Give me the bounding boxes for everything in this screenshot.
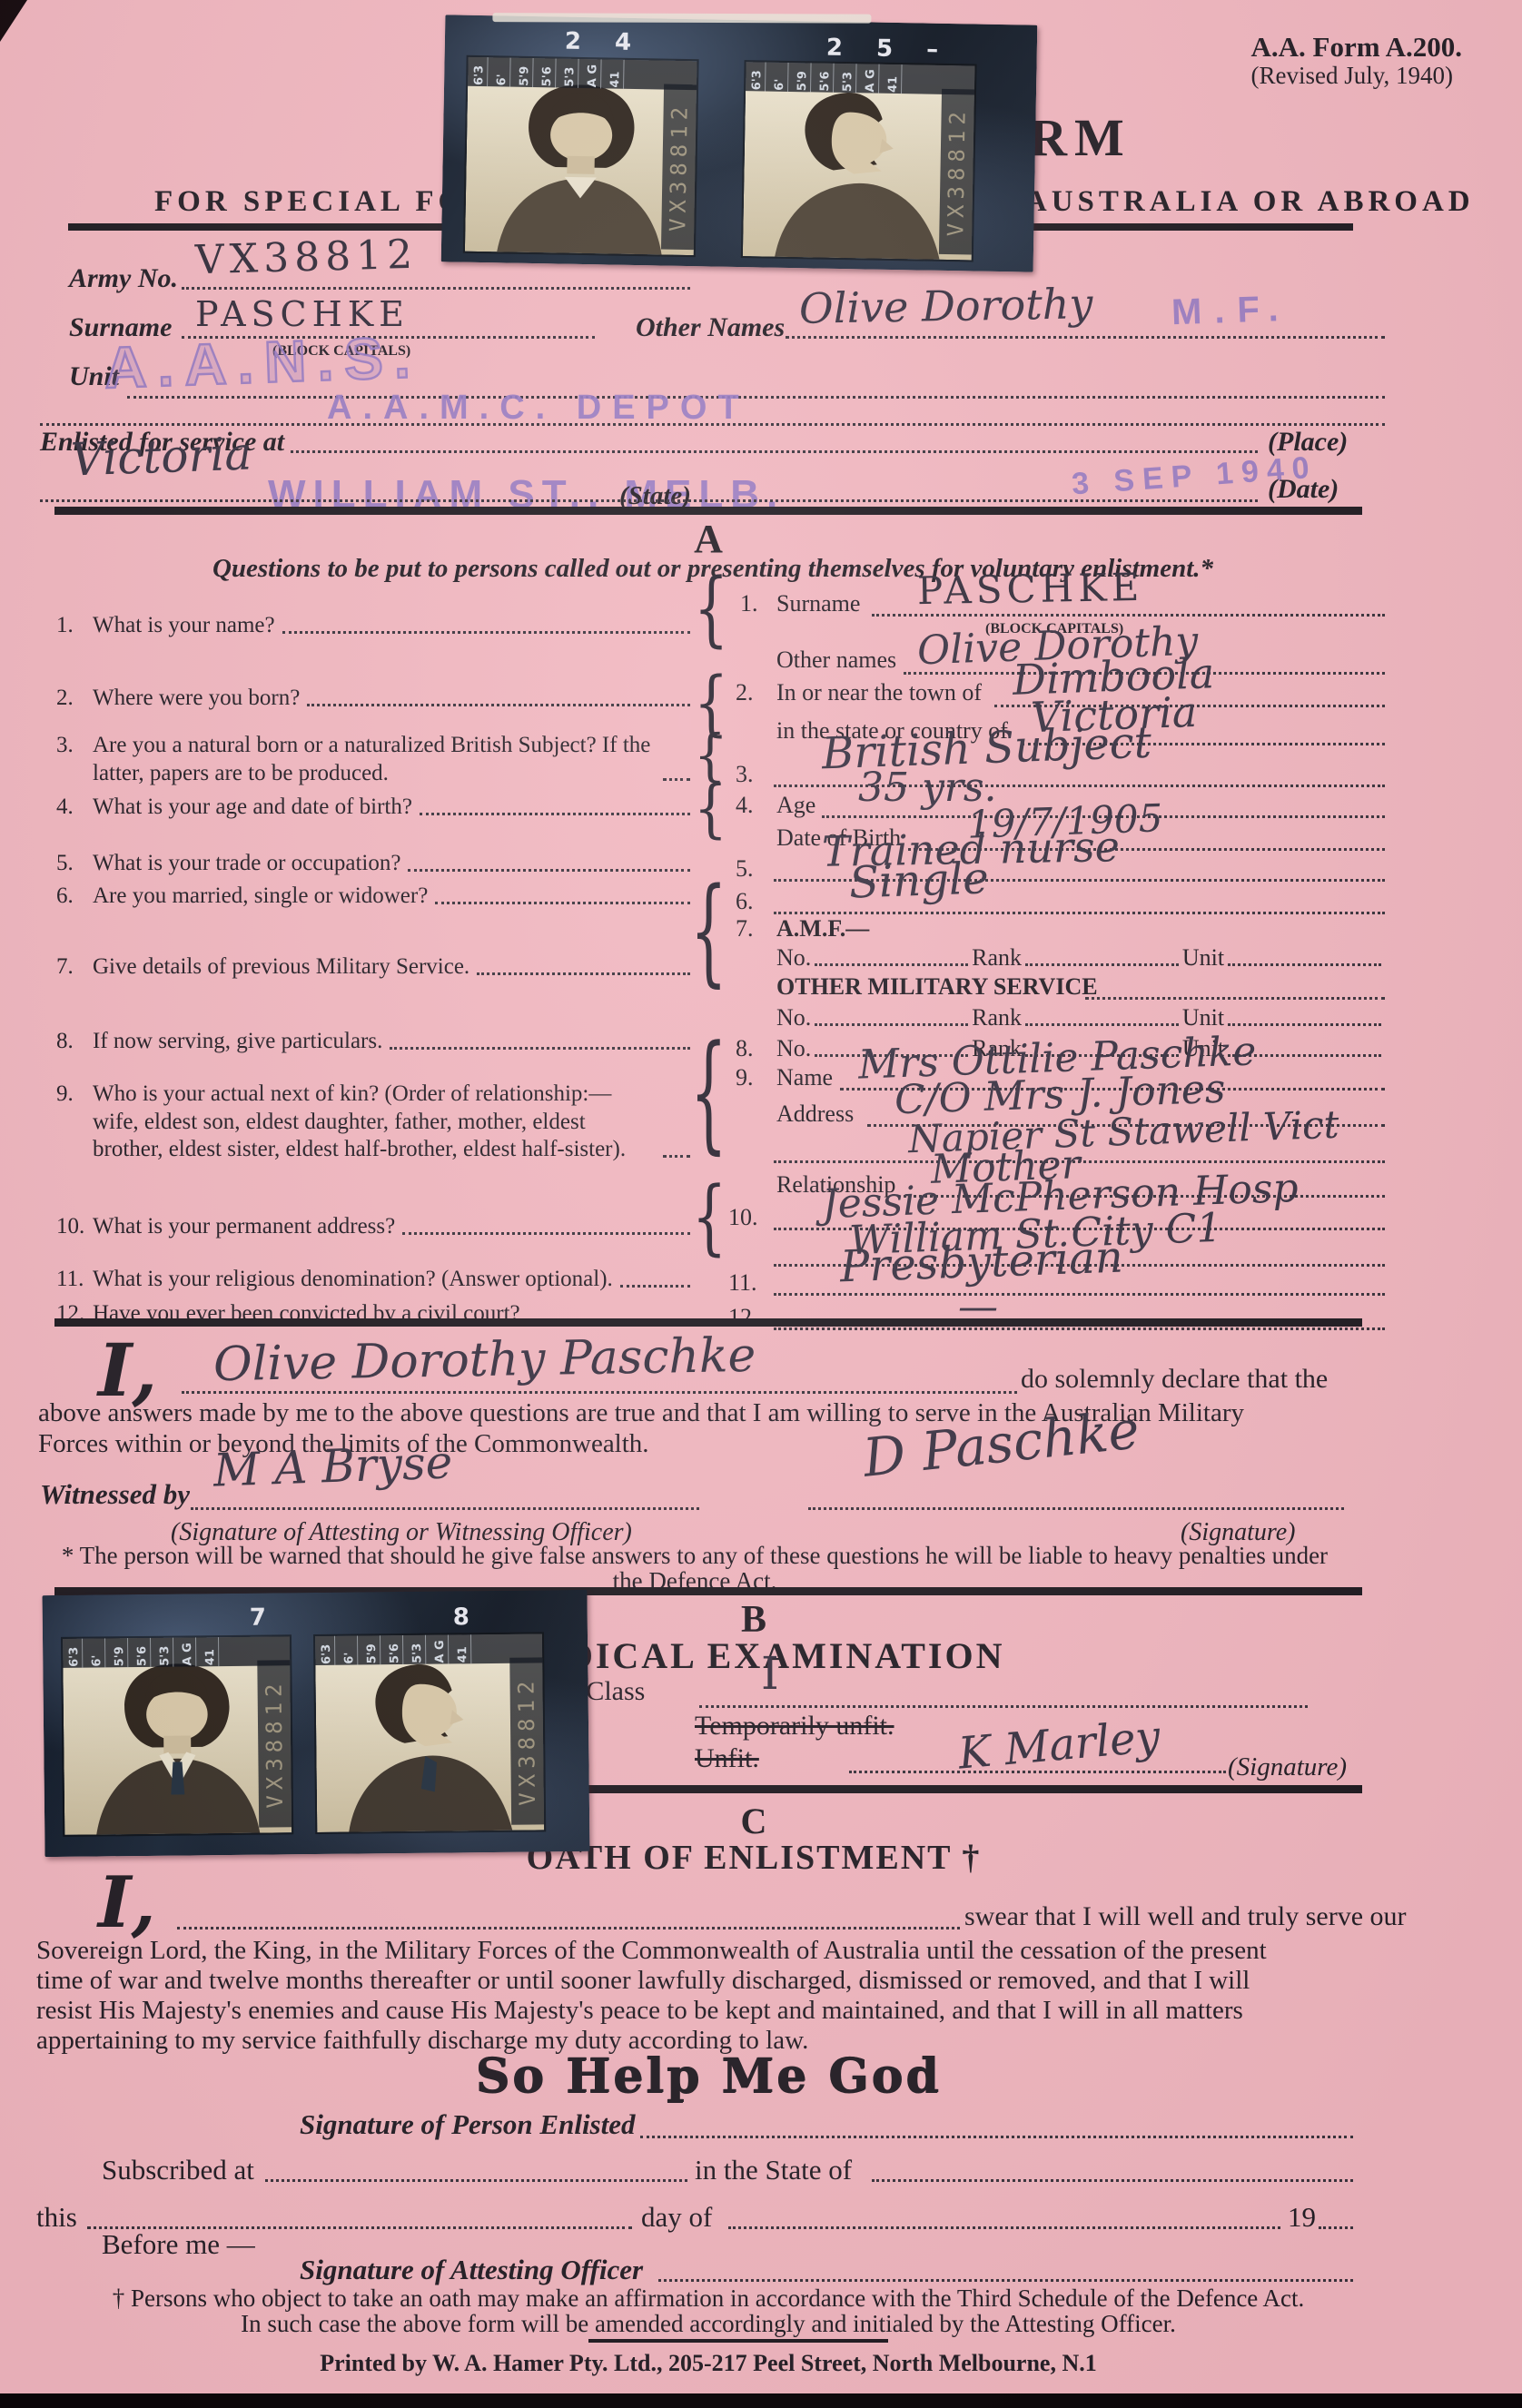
form-revision: (Revised July, 1940) [1044, 62, 1453, 90]
torn-paper-edge [493, 13, 872, 23]
question-9: 9. Who is your actual next of kin? (Orde… [56, 1081, 692, 1164]
attestation-form-scan: A.A. Form A.200. (Revised July, 1940) AT… [0, 0, 1522, 2408]
portrait-front-frame: 6'36'5'95'65'3A G41 VX38812 [465, 57, 697, 255]
scanner-edge-strip [0, 2393, 1522, 2408]
brace-q9: { [690, 1021, 727, 1169]
service-number-band: VX38812 [257, 1660, 292, 1827]
question-1: 1. What is your name? [56, 612, 692, 640]
witness-signature: M A Bryse [212, 1436, 453, 1496]
frame-number: 2 4 [565, 28, 645, 57]
other-military-service-label: OTHER MILITARY SERVICE [776, 973, 1098, 1001]
dotted-line [182, 287, 690, 290]
question-7: 7. Give details of previous Military Ser… [56, 953, 692, 982]
oath-line1: Sovereign Lord, the King, in the Militar… [36, 1936, 1267, 1966]
dagger-footnote-2: In such case the above form will be amen… [36, 2310, 1380, 2338]
oath-line2: time of war and twelve months thereafter… [36, 1966, 1250, 1996]
nok-name-label: Name [776, 1064, 833, 1091]
army-no-label: Army No. [69, 263, 178, 294]
answer-3-no: 3. [736, 761, 754, 788]
question-6: 6. Are you married, single or widower? [56, 883, 692, 911]
dotted-line [774, 912, 1385, 914]
frame-number: 7 [250, 1604, 279, 1631]
dotted-line [1319, 2226, 1353, 2229]
brace-q1: { [694, 562, 728, 657]
depot-stamp: A.A.M.C. DEPOT [327, 389, 750, 428]
answer-9-no: 9. [736, 1064, 754, 1091]
answer-11-no: 11. [728, 1269, 757, 1297]
dotted-line [872, 614, 1385, 617]
date-label: (Date) [1268, 474, 1339, 505]
answer-2-no: 2. [736, 679, 754, 706]
day-of-label: day of [641, 2201, 712, 2234]
photo-strip-top: 2 4 2 5 – 6'36'5'95'65'3A G41 [441, 15, 1038, 271]
answer-surname-label: Surname [776, 590, 860, 617]
photo-strip-bottom: 7 8 6'36'5'95'65'3A G41 [43, 1590, 590, 1857]
dotted-line [658, 2279, 1353, 2282]
question-8: 8. If now serving, give particulars. [56, 1028, 692, 1056]
service-number-band: VX38812 [509, 1657, 544, 1824]
dotted-line [177, 1927, 960, 1929]
printer-divider [588, 2339, 888, 2343]
dotted-line [182, 1391, 1017, 1394]
dotted-line [191, 1507, 699, 1510]
dotted-line [786, 336, 1385, 339]
witnessed-by-label: Witnessed by [40, 1478, 190, 1511]
height-scale: 6'36'5'95'65'3A G41 [63, 1636, 290, 1668]
question-3: 3. Are you a natural born or a naturaliz… [56, 732, 692, 787]
answer-6-no: 6. [736, 888, 754, 915]
oath-line3: resist His Majesty's enemies and cause H… [36, 1996, 1243, 2026]
other-names-value: Olive Dorothy [799, 279, 1093, 333]
answer-amf-label: A.M.F.— [776, 915, 869, 942]
dotted-line [774, 1293, 1385, 1296]
answer-other-names-label: Other names [776, 646, 896, 674]
dotted-line [291, 450, 1258, 453]
portrait-front-frame: 6'36'5'95'65'3A G41 VX38812 [63, 1636, 292, 1835]
printer-line: Printed by W. A. Hamer Pty. Ltd., 205-21… [36, 2350, 1380, 2377]
answer-age-label: Age [776, 792, 815, 819]
declaration-rule [54, 1318, 1362, 1327]
medical-signature-caption: (Signature) [1228, 1752, 1347, 1782]
temporarily-unfit-option: Temporarily unfit. [695, 1711, 894, 1742]
question-5: 5. What is your trade or occupation? [56, 850, 692, 878]
question-11: 11. What is your religious denomination?… [56, 1266, 692, 1294]
form-number: A.A. Form A.200. [1044, 31, 1462, 64]
unfit-option: Unfit. [695, 1743, 759, 1774]
dotted-line [265, 2179, 687, 2182]
declaration-footnote-1: * The person will be warned that should … [36, 1542, 1353, 1570]
answer-12-no: 12. [728, 1304, 758, 1331]
state-value: Victoria [70, 428, 252, 487]
brace-q7: { [690, 865, 727, 1000]
dotted-line [699, 1705, 1308, 1708]
amf-no-rank-unit-row: No. Rank Unit [776, 944, 1385, 972]
service-number-band: VX38812 [661, 84, 697, 251]
height-scale: 6'36'5'95'65'3A G41 [746, 62, 975, 94]
before-me-label: Before me — [102, 2228, 255, 2261]
other-names-label: Other Names [636, 312, 785, 343]
mf-stamp: M.F. [1171, 289, 1291, 334]
medical-officer-signature: K Marley [956, 1711, 1162, 1779]
year-prefix: 19 [1288, 2201, 1316, 2234]
declaration-name: Olive Dorothy Paschke [213, 1328, 756, 1392]
in-state-of-label: in the State of [695, 2154, 852, 2186]
signature-person-enlisted-label: Signature of Person Enlisted [300, 2108, 636, 2141]
dotted-line [728, 2226, 1280, 2229]
dotted-line [872, 2179, 1353, 2182]
frame-number: 2 5 – [826, 35, 952, 64]
oath-lead: swear that I will well and truly serve o… [964, 1901, 1407, 1932]
frame-number: 8 [453, 1604, 482, 1631]
answer-1-no: 1. [740, 590, 758, 617]
height-scale: 6'36'5'95'65'3A G41 [468, 57, 697, 90]
answer-5-no: 5. [736, 855, 754, 883]
dagger-footnote-1: † Persons who object to take an oath may… [36, 2285, 1380, 2313]
dotted-line [127, 396, 1385, 399]
dotted-line [1085, 997, 1385, 1000]
army-no-value: VX38812 [194, 232, 418, 283]
fit-class-value: I [761, 1647, 779, 1700]
scan-corner-artifact [0, 0, 27, 42]
answer-marital-value: Single [848, 853, 990, 908]
answer-4-no: 4. [736, 792, 754, 819]
portrait-profile-frame: 6'36'5'95'65'3A G41 VX38812 [315, 1633, 544, 1832]
this-label: this [36, 2201, 77, 2234]
nok-address-label: Address [776, 1100, 854, 1128]
answer-surname-value: PASCHKE [917, 565, 1144, 613]
question-10: 10. What is your permanent address? [56, 1213, 692, 1241]
dotted-line [640, 2136, 1353, 2138]
oath-i: I, [98, 1861, 156, 1944]
answer-10-no: 10. [728, 1204, 758, 1231]
signature-attesting-officer-label: Signature of Attesting Officer [300, 2254, 643, 2286]
brace-q10: { [692, 1170, 726, 1266]
answer-7-no: 7. [736, 915, 754, 942]
section-a-rule [54, 507, 1362, 515]
answer-town-label: In or near the town of [776, 679, 982, 706]
service-number-band: VX38812 [939, 89, 974, 255]
subscribed-at-label: Subscribed at [102, 2154, 254, 2186]
answer-8-no: 8. [736, 1035, 754, 1062]
height-scale: 6'36'5'95'65'3A G41 [315, 1633, 542, 1665]
brace-q4: { [694, 771, 727, 845]
dotted-line [774, 1327, 1385, 1330]
portrait-profile-frame: 6'36'5'95'65'3A G41 VX38812 [743, 62, 975, 260]
question-2: 2. Where were you born? [56, 685, 692, 713]
other-military-no-rank-unit-row: No. Rank Unit [776, 1004, 1385, 1031]
so-help-me-god: So Help Me God [0, 2048, 1417, 2104]
declaration-lead-out: do solemnly declare that the [1021, 1364, 1328, 1395]
dotted-line [849, 1771, 1226, 1773]
dotted-line [808, 1507, 1344, 1510]
question-4: 4. What is your age and date of birth? [56, 794, 692, 822]
